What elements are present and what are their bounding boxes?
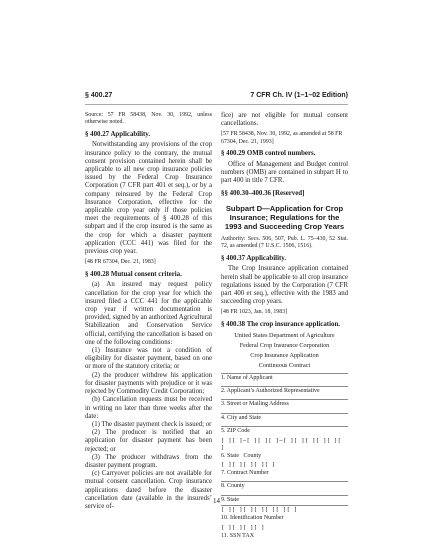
form-digit-boxes-state-county: [ ][ ][ ][ ][ ] [221,461,348,469]
form-field-contract-number: 7. Contract Number [221,469,348,477]
paragraph-b3: (3) The producer withdraws from the disa… [85,454,212,470]
page-number: 14 [85,497,348,505]
running-head: § 400.27 7 CFR Ch. IV (1–1–02 Edition) [85,92,348,99]
source-note: Source: 57 FR 58438, Nov. 30, 1992, unle… [85,112,212,126]
citation-400-27: [48 FR 67304, Dec. 21, 1983] [85,259,212,266]
citation-400-37: [48 FR 1023, Jan. 18, 1983] [221,309,348,316]
form-field-state-county: 6. State County [221,452,348,460]
section-heading-400-29: § 400.29 OMB control numbers. [221,150,348,158]
authority-note: Authority: Secs. 506, 507, Pub. L. 75–43… [221,236,348,250]
section-400-27-body: Notwithstanding any provisions of the cr… [85,141,212,256]
section-400-29-body: Office of Management and Budget control … [221,161,348,186]
citation-400-28: [57 FR 58438, Nov. 30, 1992, as amended … [221,131,348,145]
form-title-line: Crop Insurance Application [221,352,348,359]
paragraph-b2: (2) The producer is notified that an app… [85,429,212,454]
application-form-header: United States Department of Agriculture … [221,332,348,369]
running-head-edition: 7 CFR Ch. IV (1–1–02 Edition) [250,92,348,99]
paragraph-a2: (2) the producer withdrew his applicatio… [85,372,212,397]
form-field-representative: 2. Applicant’s Authorized Representative [221,386,348,395]
application-form-fields: 1. Name of Applicant 2. Applicant’s Auth… [221,373,348,540]
form-contract-type-line: Continuous Contract [221,362,348,369]
form-agency-line: United States Department of Agriculture [221,332,348,339]
left-column: Source: 57 FR 58438, Nov. 30, 1992, unle… [85,112,212,540]
section-heading-400-27: § 400.27 Applicability. [85,131,212,139]
form-digit-boxes-identification: [ ][ ][ ][ ][ ][ ][ ] [221,505,348,514]
header-rule [85,104,348,105]
form-field-city-state: 4. City and State [221,413,348,422]
reserved-sections-heading: §§ 400.30–400.36 [Reserved] [221,190,348,198]
paragraph-c-continuation: fice) are not eligible for mutual consen… [221,112,348,128]
form-field-address: 3. Street or Mailing Address [221,399,348,408]
paragraph-b1: (1) The disaster payment check is issued… [85,421,212,429]
right-column: fice) are not eligible for mutual consen… [221,112,348,540]
section-400-37-body: The Crop Insurance application contained… [221,265,348,306]
form-field-identification: 10. Identification Number [221,514,348,522]
running-head-section-number: § 400.27 [85,92,112,99]
paragraph-a1: (1) Insurance was not a condition of eli… [85,347,212,372]
section-heading-400-37: § 400.37 Applicability. [221,255,348,263]
form-digit-boxes-zip: [ ][ ]–[ ][ ][ ]–[ ][ ][ ][ ][ ][ ] [221,437,348,452]
form-field-name: 1. Name of Applicant [221,373,348,382]
paragraph-b: (b) Cancellation requests must be receiv… [85,396,212,421]
two-column-text-area: Source: 57 FR 58438, Nov. 30, 1992, unle… [85,112,348,540]
section-heading-400-28: § 400.28 Mutual consent criteria. [85,271,212,279]
section-heading-400-38: § 400.38 The crop insurance application. [221,321,348,329]
form-corporation-line: Federal Crop Insurance Corporation [221,342,348,349]
form-field-county: 8. County [221,481,348,490]
form-field-ssn-tax: 11. SSN TAX [221,532,348,540]
document-page: § 400.27 7 CFR Ch. IV (1–1–02 Edition) S… [0,0,428,554]
form-digit-boxes-ssn: [ ][ ][ ][ ] [221,524,348,532]
subpart-d-heading: Subpart D—Application for Crop Insurance… [223,204,346,231]
paragraph-a: (a) An insured may request policy cancel… [85,281,212,347]
form-field-zip: 5. ZIP Code [221,426,348,435]
